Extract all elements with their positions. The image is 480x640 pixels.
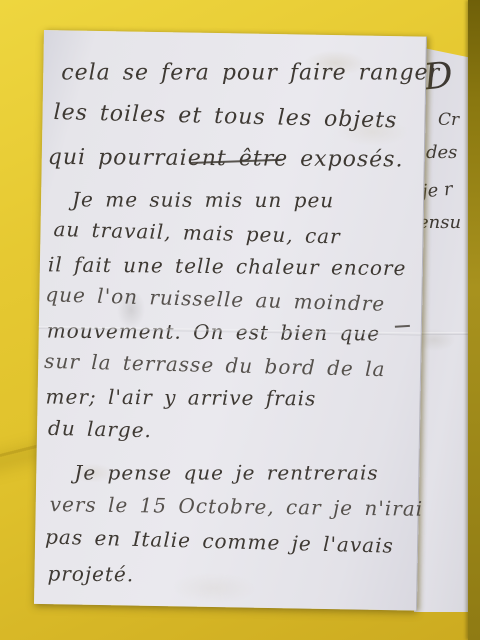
ink-dash-mark [395,325,410,328]
handwritten-line: mer; l'air y arrive frais [46,386,317,410]
handwritten-line: projeté. [47,562,134,585]
backdrop-edge-strip [468,0,480,640]
handwritten-line: sur la terrasse du bord de la [44,350,386,380]
handwritten-line: il fait une telle chaleur encore [48,253,407,279]
photo-scene: D Cr des je r ensu cela se fera pour fai… [0,0,480,640]
handwritten-line: mouvement. On est bien que [47,320,381,345]
handwritten-line: Je me suis mis un peu [72,188,334,211]
right-page-fragment: ensu [418,212,461,233]
handwritten-line: qui pourraient être exposés. [48,146,404,173]
handwritten-line: vers le 15 Octobre, car je n'irai [50,493,424,520]
handwritten-line: pas en Italie comme je l'avais [45,526,394,557]
handwritten-line: au travail, mais peu, car [53,218,341,248]
right-page-fragment: Cr [438,110,459,130]
handwritten-line: que l'on ruisselle au moindre [45,283,385,314]
handwritten-line: Je pense que je rentrerais [74,461,378,483]
handwritten-line: du large. [48,417,152,441]
right-page-fragment: je r [421,179,453,203]
handwritten-line: cela se fera pour faire ranger [61,62,440,86]
letter-page-left: cela se fera pour faire ranger les toile… [34,30,427,611]
handwritten-line: les toiles et tous les objets [53,101,397,134]
right-page-fragment: des [426,142,457,163]
